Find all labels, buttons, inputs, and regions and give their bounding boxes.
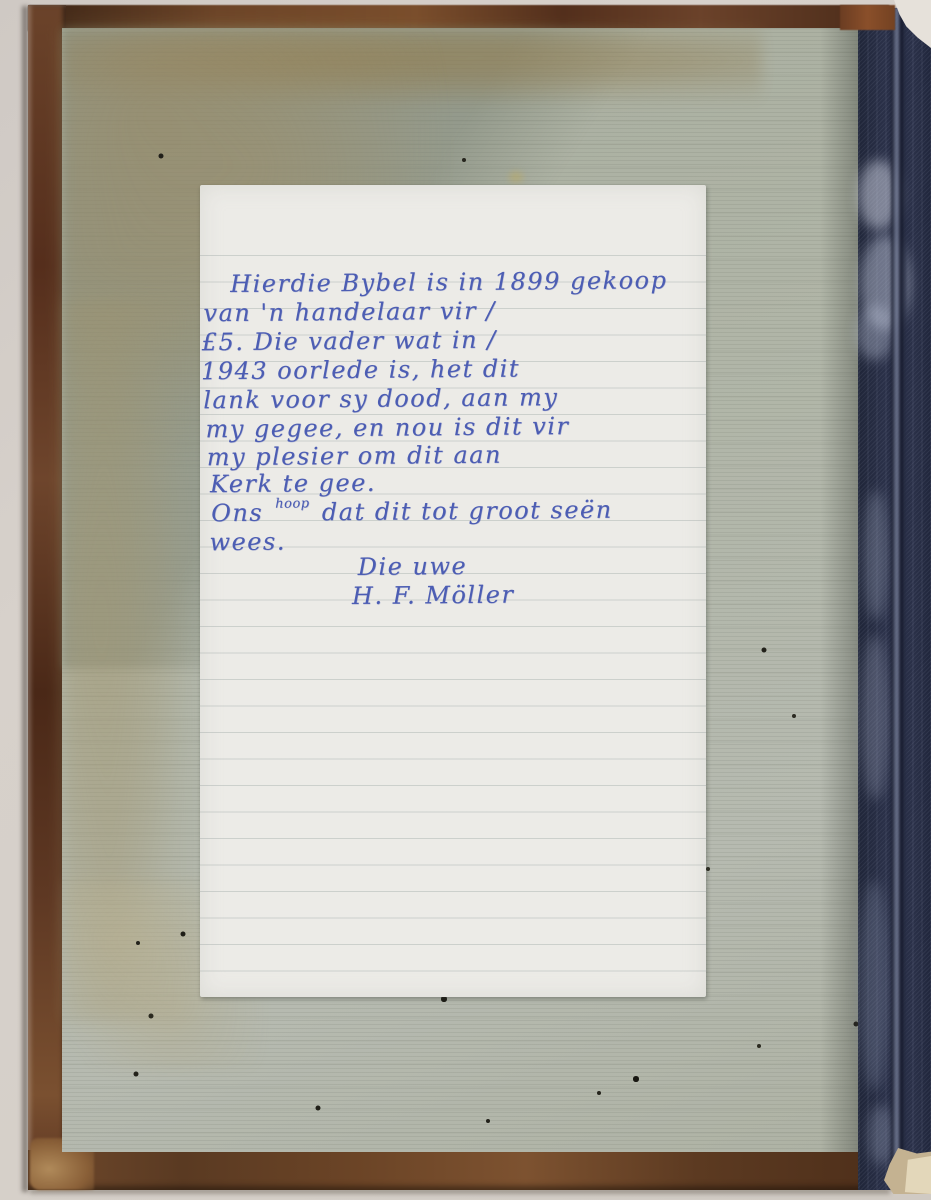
note-inserted-word: hoop xyxy=(275,496,309,511)
note-line-text: Ons xyxy=(211,499,263,527)
handwritten-note: Hierdie Bybel is in 1899 gekoop van 'n h… xyxy=(0,0,931,1200)
note-line: van 'n handelaar vir / xyxy=(203,297,495,328)
note-line: my plesier om dit aan xyxy=(207,441,502,472)
note-line: my gegee, en nou is dit vir xyxy=(205,412,569,443)
photo-backdrop: Hierdie Bybel is in 1899 gekoop van 'n h… xyxy=(0,0,931,1200)
note-line-text: dat dit tot groot seën xyxy=(322,496,613,527)
note-line: Hierdie Bybel is in 1899 gekoop xyxy=(230,266,667,298)
note-line: Ons hoop dat dit tot groot seën xyxy=(211,496,613,528)
note-line: wees. xyxy=(209,528,286,557)
ink-specks xyxy=(0,0,2,2)
note-line: £5. Die vader wat in / xyxy=(202,326,497,357)
signature-closing: Die uwe xyxy=(358,552,468,581)
note-line: 1943 oorlede is, het dit xyxy=(201,355,520,386)
note-line: Kerk te gee. xyxy=(210,469,376,498)
note-line: lank voor sy dood, aan my xyxy=(203,383,558,414)
signature-name: H. F. Möller xyxy=(352,581,515,610)
